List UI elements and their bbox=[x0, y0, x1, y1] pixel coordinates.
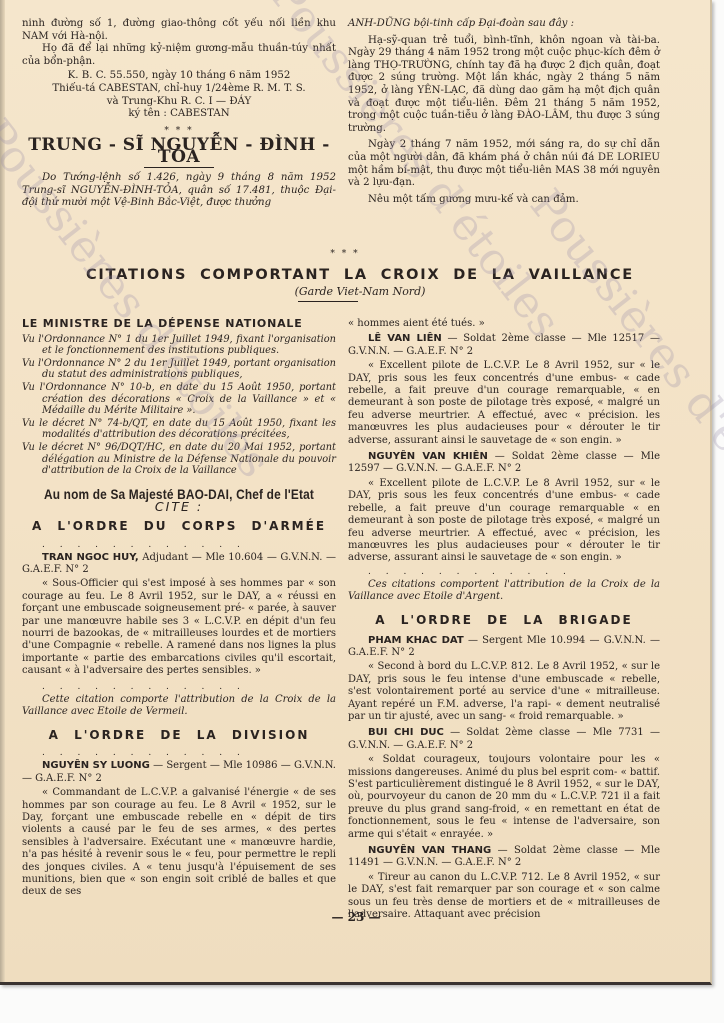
ordre-brigade-heading: A L'ORDRE DE LA BRIGADE bbox=[348, 614, 660, 627]
signature-block: K. B. C. 55.550, ngày 10 tháng 6 năm 195… bbox=[22, 70, 336, 120]
citation-header: NGUYÊN VAN THANG — Soldat 2ème classe — … bbox=[348, 845, 660, 870]
dot-leader: . . . . . . . . . . . . bbox=[348, 568, 660, 576]
top-left-column: ninh đường số 1, đường giao-thông cốt yế… bbox=[22, 18, 336, 210]
top-right-column: ANH-DŨNG bội-tinh cấp Đại-đoàn sau đây :… bbox=[348, 18, 660, 206]
citation-quote: « Commandant de L.C.V.P. a galvanisé l'é… bbox=[22, 787, 336, 899]
citation-header: NGUYÊN VAN KHIÊN — Soldat 2ème classe — … bbox=[348, 451, 660, 476]
signature-line: K. B. C. 55.550, ngày 10 tháng 6 năm 195… bbox=[22, 70, 336, 83]
paragraph: Họ đã để lại những kỷ-niệm gương-mẫu thu… bbox=[22, 43, 336, 68]
signature-line: Thiếu-tá CABESTAN, chỉ-huy 1/24ème R. M.… bbox=[22, 83, 336, 96]
citation-quote: « Excellent pilote de L.C.V.P. Le 8 Avri… bbox=[348, 478, 660, 565]
section-title: TRUNG - SĨ NGUYỄN - ĐÌNH - TỎA bbox=[22, 139, 336, 164]
paragraph: Hạ-sỹ-quan trẻ tuổi, bình-tĩnh, khôn ngo… bbox=[348, 35, 660, 136]
citation-header: PHAM KHAC DAT — Sergent Mle 10.994 — G.V… bbox=[348, 635, 660, 660]
divider-rule bbox=[298, 301, 358, 302]
main-subtitle: (Garde Viet-Nam Nord) bbox=[60, 285, 660, 298]
citation-quote: « Excellent pilote de L.C.V.P. Le 8 Avri… bbox=[348, 360, 660, 447]
intro-paragraph: Do Tướng-lệnh số 1.426, ngày 9 tháng 8 n… bbox=[22, 172, 336, 210]
soldier-name: LÊ VAN LIÊN bbox=[368, 333, 442, 344]
citation-note: Cette citation comporte l'attribution de… bbox=[22, 694, 336, 719]
citation-quote: « Soldat courageux, toujours volontaire … bbox=[348, 754, 660, 841]
page-spine-shadow bbox=[0, 0, 5, 985]
soldier-name: NGUYÊN VAN THANG bbox=[368, 845, 491, 856]
page-number: — 23 — bbox=[0, 910, 712, 924]
soldier-name: NGUYÊN SY LUONG bbox=[42, 760, 150, 771]
lead-text: ANH-DŨNG bội-tinh cấp Đại-đoàn sau đây : bbox=[348, 18, 574, 29]
divider-rule bbox=[144, 167, 214, 168]
signature-line: ký tên : CABESTAN bbox=[22, 108, 336, 121]
vu-clause: Vu le décret N° 74-b/QT, en date du 15 A… bbox=[22, 418, 336, 441]
star-divider: * * * bbox=[330, 250, 360, 258]
citation-quote: « Sous-Officier qui s'est imposé à ses h… bbox=[22, 578, 336, 677]
ministre-heading: LE MINISTRE DE LA DÉPENSE NATIONALE bbox=[22, 318, 336, 331]
soldier-name: NGUYÊN VAN KHIÊN bbox=[368, 451, 488, 462]
scanned-page: ninh đường số 1, đường giao-thông cốt yế… bbox=[0, 0, 712, 985]
soldier-name: PHAM KHAC DAT bbox=[368, 635, 464, 646]
dot-leader: . . . . . . . . . . . . bbox=[22, 683, 336, 691]
paragraph: Nêu một tấm gương mưu-kế và can đảm. bbox=[348, 194, 660, 207]
vu-clause: Vu le décret N° 96/DQT/HC, en date du 20… bbox=[22, 442, 336, 477]
signature-line: và Trung-Khu R. C. I — ĐÁY bbox=[22, 96, 336, 109]
dot-leader: . . . . . . . . . . . . bbox=[22, 541, 336, 549]
vu-clause: Vu l'Ordonnance N° 10-b, en date du 15 A… bbox=[22, 382, 336, 417]
right-column: « hommes aient été tués. » LÊ VAN LIÊN —… bbox=[348, 318, 660, 921]
citation-header: LÊ VAN LIÊN — Soldat 2ème classe — Mle 1… bbox=[348, 333, 660, 358]
main-title: CITATIONS COMPORTANT LA CROIX DE LA VAIL… bbox=[60, 267, 660, 283]
soldier-name: TRAN NGOC HUY, bbox=[42, 552, 139, 563]
citation-header: BUI CHI DUC — Soldat 2ème classe — Mle 7… bbox=[348, 727, 660, 752]
citation-quote: « Second à bord du L.C.V.P. 812. Le 8 Av… bbox=[348, 661, 660, 723]
citation-continuation: « hommes aient été tués. » bbox=[348, 318, 660, 330]
ordre-corps-heading: A L'ORDRE DU CORPS D'ARMÉE bbox=[22, 520, 336, 533]
dot-leader: . . . . . . . . . . . . bbox=[22, 749, 336, 757]
au-nom-heading: Au nom de Sa Majesté BAO-DAI, Chef de l'… bbox=[41, 489, 317, 502]
soldier-name: BUI CHI DUC bbox=[368, 727, 444, 738]
citation-header: TRAN NGOC HUY, Adjudant — Mle 10.604 — G… bbox=[22, 552, 336, 577]
star-divider: * * * bbox=[22, 127, 336, 135]
left-column: LE MINISTRE DE LA DÉPENSE NATIONALE Vu l… bbox=[22, 318, 336, 899]
vu-clause: Vu l'Ordonnance N° 2 du 1er Juillet 1949… bbox=[22, 358, 336, 381]
paragraph: ninh đường số 1, đường giao-thông cốt yế… bbox=[22, 18, 336, 43]
cite-heading: CITE : bbox=[22, 501, 336, 514]
citation-note: Ces citations comportent l'attribution d… bbox=[348, 579, 660, 604]
paragraph: ANH-DŨNG bội-tinh cấp Đại-đoàn sau đây : bbox=[348, 18, 660, 31]
ordre-division-heading: A L'ORDRE DE LA DIVISION bbox=[22, 729, 336, 742]
paragraph: Ngày 2 tháng 7 năm 1952, mới sáng ra, do… bbox=[348, 139, 660, 189]
citation-header: NGUYÊN SY LUONG — Sergent — Mle 10986 — … bbox=[22, 760, 336, 785]
vu-clause: Vu l'Ordonnance N° 1 du 1er Juillet 1949… bbox=[22, 334, 336, 357]
